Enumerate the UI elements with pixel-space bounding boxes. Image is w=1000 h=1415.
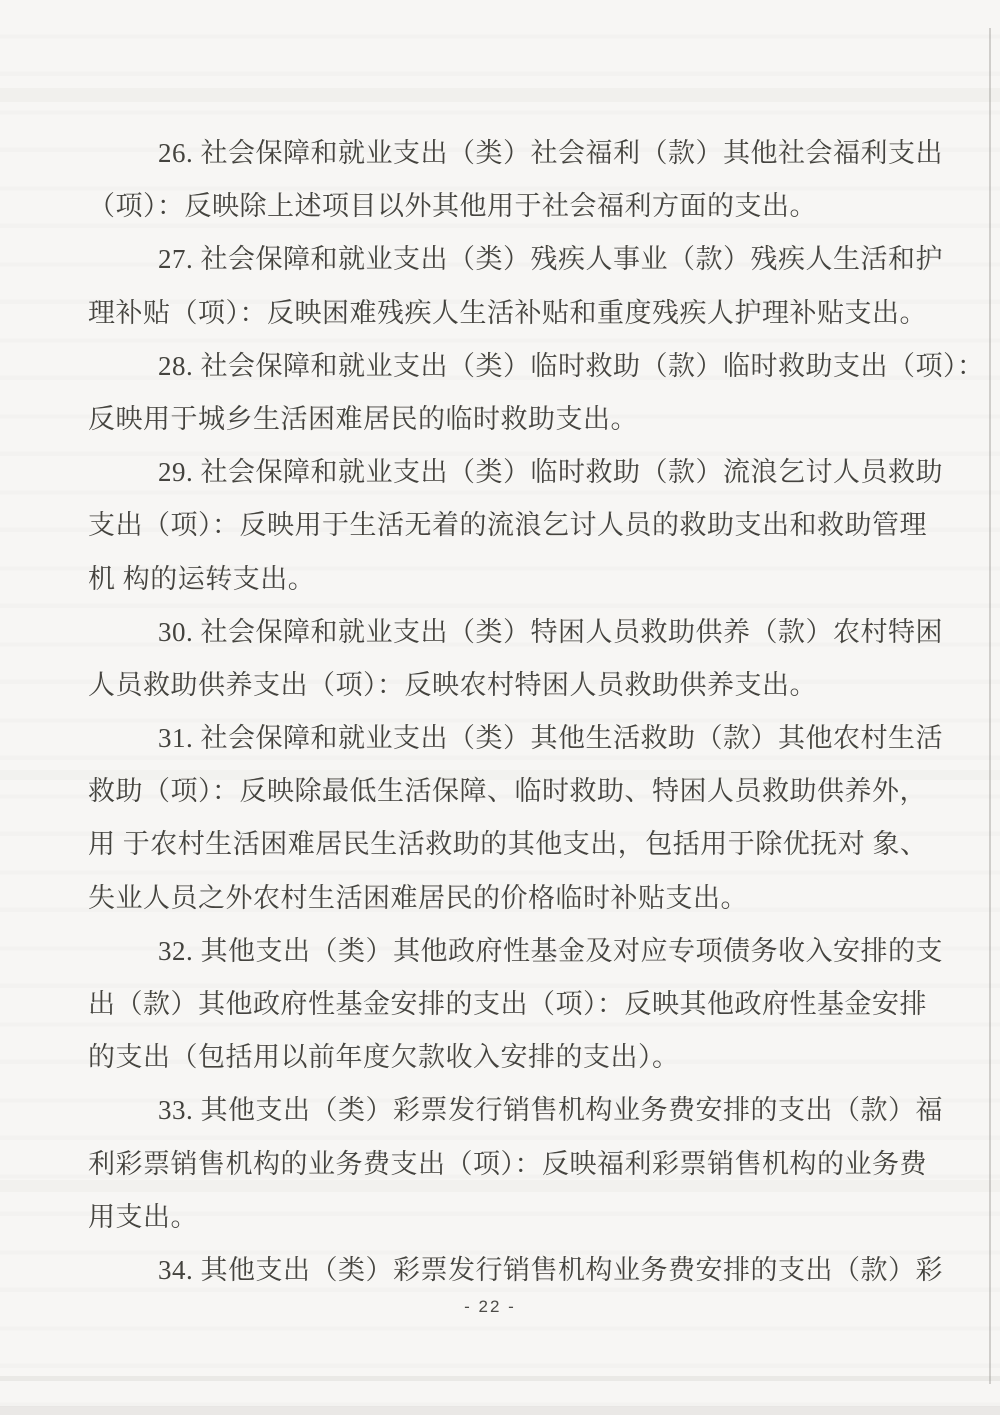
paragraph-26: 26. 社会保障和就业支出（类）社会福利（款）其他社会福利支出（项）：反映除上述… xyxy=(88,127,920,233)
paragraph-27-line-2: 理补贴（项）：反映困难残疾人生活补贴和重度残疾人护理补贴支出。 xyxy=(88,287,920,340)
paragraph-31: 31. 社会保障和就业支出（类）其他生活救助（款）其他农村生活救助（项）：反映除… xyxy=(88,712,920,925)
paragraph-29-line-1: 29. 社会保障和就业支出（类）临时救助（款）流浪乞讨人员救助 xyxy=(88,446,920,499)
paragraph-33: 33. 其他支出（类）彩票发行销售机构业务费安排的支出（款）福利彩票销售机构的业… xyxy=(88,1084,920,1244)
paragraph-31-line-3: 用 于农村生活困难居民生活救助的其他支出，包括用于除优抚对 象、 xyxy=(88,818,920,871)
page-number: - 22 - xyxy=(0,1297,980,1317)
paragraph-26-line-1: 26. 社会保障和就业支出（类）社会福利（款）其他社会福利支出 xyxy=(88,127,920,180)
paragraph-26-line-2: （项）：反映除上述项目以外其他用于社会福利方面的支出。 xyxy=(88,180,920,233)
paragraph-28: 28. 社会保障和就业支出（类）临时救助（款）临时救助支出（项）：反映用于城乡生… xyxy=(88,340,920,446)
paragraph-29: 29. 社会保障和就业支出（类）临时救助（款）流浪乞讨人员救助支出（项）：反映用… xyxy=(88,446,920,606)
paragraph-27-line-1: 27. 社会保障和就业支出（类）残疾人事业（款）残疾人生活和护 xyxy=(88,233,920,286)
paragraph-29-line-2: 支出（项）：反映用于生活无着的流浪乞讨人员的救助支出和救助管理 xyxy=(88,499,920,552)
paragraph-31-line-1: 31. 社会保障和就业支出（类）其他生活救助（款）其他农村生活 xyxy=(88,712,920,765)
paragraph-33-line-3: 用支出。 xyxy=(88,1191,920,1244)
scan-streak xyxy=(0,88,1000,102)
paragraph-32: 32. 其他支出（类）其他政府性基金及对应专项债务收入安排的支出（款）其他政府性… xyxy=(88,925,920,1085)
scan-streak xyxy=(0,1406,1000,1415)
paragraph-31-line-2: 救助（项）：反映除最低生活保障、临时救助、特困人员救助供养外， xyxy=(88,765,920,818)
document-text: 26. 社会保障和就业支出（类）社会福利（款）其他社会福利支出（项）：反映除上述… xyxy=(88,127,920,1297)
paragraph-33-line-1: 33. 其他支出（类）彩票发行销售机构业务费安排的支出（款）福 xyxy=(88,1084,920,1137)
paragraph-34-line-1: 34. 其他支出（类）彩票发行销售机构业务费安排的支出（款）彩 xyxy=(88,1244,920,1297)
paragraph-27: 27. 社会保障和就业支出（类）残疾人事业（款）残疾人生活和护理补贴（项）：反映… xyxy=(88,233,920,339)
paragraph-30-line-1: 30. 社会保障和就业支出（类）特困人员救助供养（款）农村特困 xyxy=(88,606,920,659)
paragraph-28-line-1: 28. 社会保障和就业支出（类）临时救助（款）临时救助支出（项）： xyxy=(88,340,920,393)
paragraph-31-line-4: 失业人员之外农村生活困难居民的价格临时补贴支出。 xyxy=(88,872,920,925)
paragraph-32-line-3: 的支出（包括用以前年度欠款收入安排的支出）。 xyxy=(88,1031,920,1084)
paragraph-32-line-1: 32. 其他支出（类）其他政府性基金及对应专项债务收入安排的支 xyxy=(88,925,920,978)
paragraph-32-line-2: 出（款）其他政府性基金安排的支出（项）：反映其他政府性基金安排 xyxy=(88,978,920,1031)
paragraph-28-line-2: 反映用于城乡生活困难居民的临时救助支出。 xyxy=(88,393,920,446)
paragraph-30: 30. 社会保障和就业支出（类）特困人员救助供养（款）农村特困人员救助供养支出（… xyxy=(88,606,920,712)
paragraph-30-line-2: 人员救助供养支出（项）：反映农村特困人员救助供养支出。 xyxy=(88,659,920,712)
scan-streak xyxy=(0,1376,1000,1381)
paragraph-29-line-3: 机 构的运转支出。 xyxy=(88,553,920,606)
paragraph-34: 34. 其他支出（类）彩票发行销售机构业务费安排的支出（款）彩 xyxy=(88,1244,920,1297)
paragraph-33-line-2: 利彩票销售机构的业务费支出（项）：反映福利彩票销售机构的业务费 xyxy=(88,1138,920,1191)
scan-edge-line xyxy=(989,28,991,1384)
